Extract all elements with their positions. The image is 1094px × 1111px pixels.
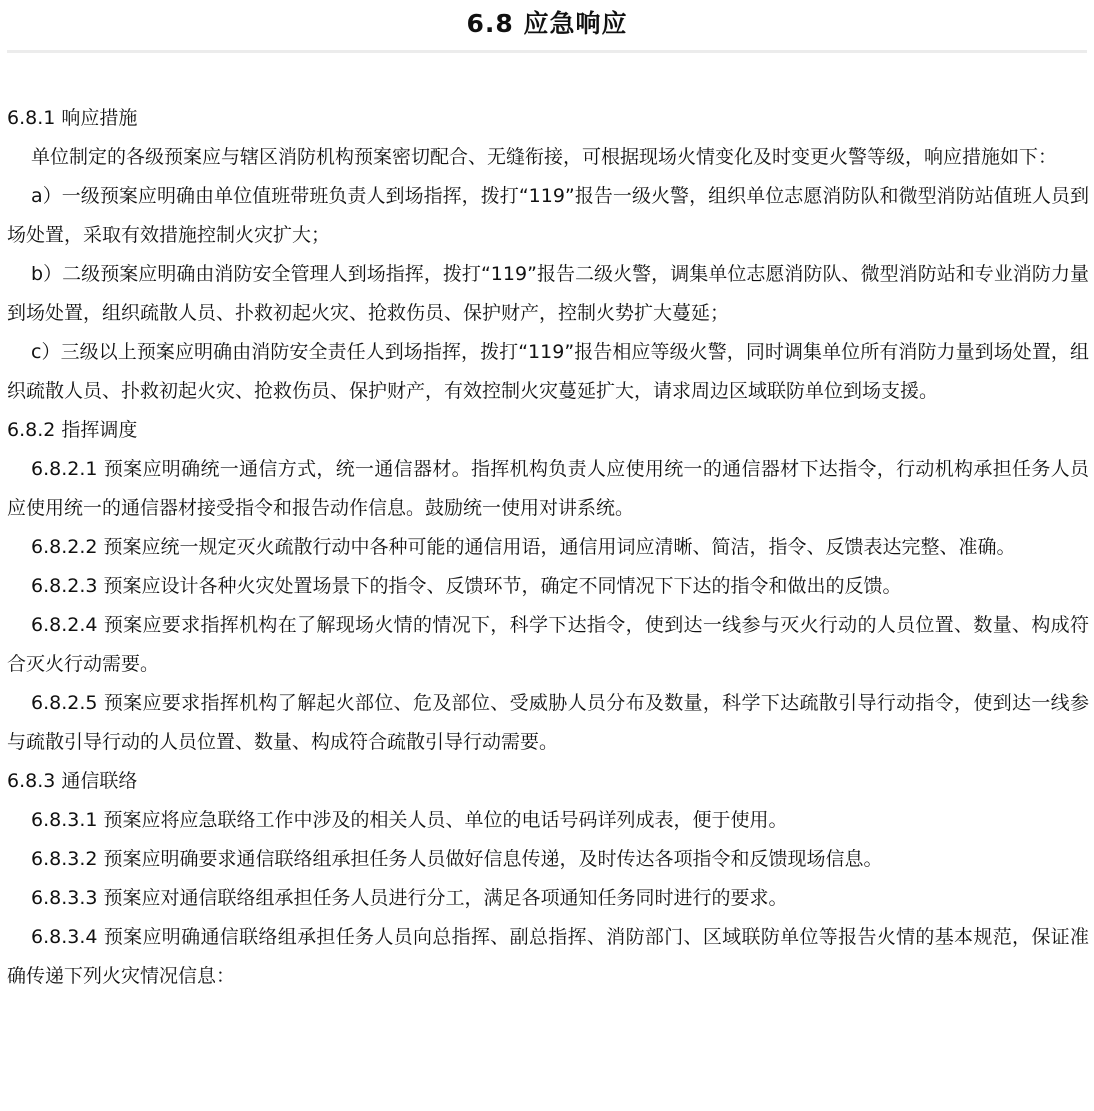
section-6-8-2: 6.8.2 指挥调度 6.8.2.1 预案应明确统一通信方式，统一通信器材。指挥… — [7, 411, 1089, 762]
paragraph: b）二级预案应明确由消防安全管理人到场指挥，拨打“119”报告二级火警，调集单位… — [7, 255, 1089, 333]
document-page: 6.8 应急响应 6.8.1 响应措施 单位制定的各级预案应与辖区消防机构预案密… — [0, 0, 1094, 1111]
paragraph: 6.8.2.2 预案应统一规定灭火疏散行动中各种可能的通信用语，通信用词应清晰、… — [7, 528, 1089, 567]
paragraph: 6.8.2.4 预案应要求指挥机构在了解现场火情的情况下，科学下达指令，使到达一… — [7, 606, 1089, 684]
page-title: 6.8 应急响应 — [0, 4, 1094, 44]
section-6-8-1: 6.8.1 响应措施 单位制定的各级预案应与辖区消防机构预案密切配合、无缝衔接，… — [7, 99, 1089, 411]
paragraph: a）一级预案应明确由单位值班带班负责人到场指挥，拨打“119”报告一级火警，组织… — [7, 177, 1089, 255]
paragraph: 6.8.3.3 预案应对通信联络组承担任务人员进行分工，满足各项通知任务同时进行… — [7, 879, 1089, 918]
paragraph: 6.8.3.1 预案应将应急联络工作中涉及的相关人员、单位的电话号码详列成表，便… — [7, 801, 1089, 840]
paragraph: 6.8.2.3 预案应设计各种火灾处置场景下的指令、反馈环节，确定不同情况下下达… — [7, 567, 1089, 606]
section-heading: 6.8.2 指挥调度 — [7, 411, 1089, 450]
paragraph: 6.8.3.4 预案应明确通信联络组承担任务人员向总指挥、副总指挥、消防部门、区… — [7, 918, 1089, 996]
paragraph: 6.8.2.1 预案应明确统一通信方式，统一通信器材。指挥机构负责人应使用统一的… — [7, 450, 1089, 528]
section-heading: 6.8.1 响应措施 — [7, 99, 1089, 138]
section-heading: 6.8.3 通信联络 — [7, 762, 1089, 801]
paragraph: 6.8.2.5 预案应要求指挥机构了解起火部位、危及部位、受威胁人员分布及数量，… — [7, 684, 1089, 762]
paragraph: c）三级以上预案应明确由消防安全责任人到场指挥，拨打“119”报告相应等级火警，… — [7, 333, 1089, 411]
paragraph: 6.8.3.2 预案应明确要求通信联络组承担任务人员做好信息传递，及时传达各项指… — [7, 840, 1089, 879]
section-6-8-3: 6.8.3 通信联络 6.8.3.1 预案应将应急联络工作中涉及的相关人员、单位… — [7, 762, 1089, 996]
document-body: 6.8.1 响应措施 单位制定的各级预案应与辖区消防机构预案密切配合、无缝衔接，… — [7, 99, 1089, 996]
title-divider — [7, 50, 1087, 53]
paragraph: 单位制定的各级预案应与辖区消防机构预案密切配合、无缝衔接，可根据现场火情变化及时… — [7, 138, 1089, 177]
